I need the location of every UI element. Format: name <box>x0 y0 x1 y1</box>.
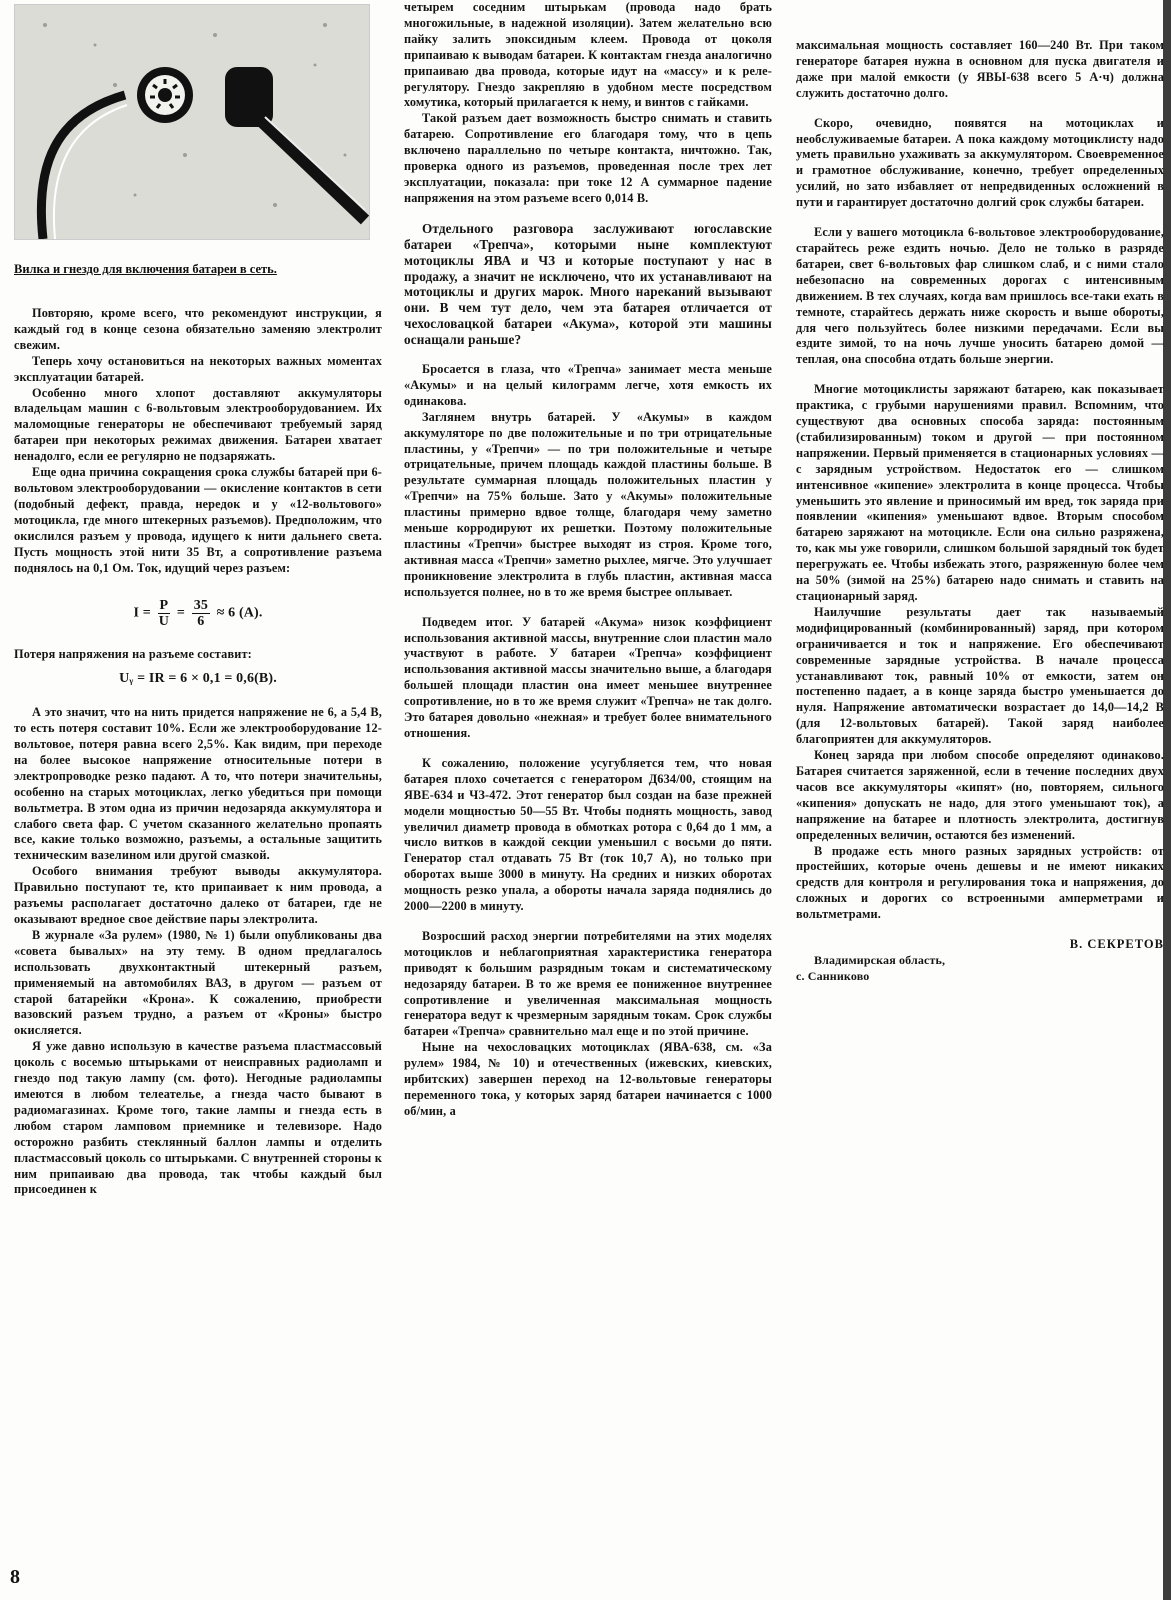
paragraph: Такой разъем дает возможность быстро сни… <box>404 111 772 206</box>
paragraph: Теперь хочу остановиться на некоторых ва… <box>14 354 382 386</box>
formula-label: Потеря напряжения на разъеме составит: <box>14 647 382 663</box>
page-number: 8 <box>10 1566 20 1589</box>
paragraph: А это значит, что на нить придется напря… <box>14 705 382 864</box>
paragraph: В продаже есть много разных зарядных уст… <box>796 844 1164 924</box>
paragraph: Скоро, очевидно, появятся на мотоциклах … <box>796 116 1164 211</box>
paragraph: Я уже давно использую в качестве разъема… <box>14 1039 382 1198</box>
author-signature: В. СЕКРЕТОВ <box>796 937 1164 953</box>
author-location-region: Владимирская область, <box>796 953 1164 969</box>
paragraph: Если у вашего мотоцикла 6-вольтовое элек… <box>796 225 1164 368</box>
formula-voltage-loss: Uᵧ = IR = 6 × 0,1 = 0,6(В). <box>14 671 382 687</box>
paragraph: Отдельного разговора заслуживают югослав… <box>404 221 772 348</box>
formula-lhs: I = <box>134 606 151 621</box>
paragraph: Ныне на чехословацких мотоциклах (ЯВА-63… <box>404 1040 772 1120</box>
plug-socket-photo-icon <box>15 5 369 239</box>
paragraph: Многие мотоциклисты заряжают батарею, ка… <box>796 382 1164 605</box>
paragraph: четырем соседним штырькам (провода надо … <box>404 0 772 111</box>
paragraph: Еще одна причина сокращения срока службы… <box>14 465 382 576</box>
paragraph: К сожалению, положение усугубляется тем,… <box>404 756 772 915</box>
fraction-35-6: 35 6 <box>192 598 210 629</box>
formula-rhs: ≈ 6 (A). <box>217 606 263 621</box>
paragraph: Особенно много хлопот доставляют аккумул… <box>14 386 382 466</box>
photo-caption: Вилка и гнездо для включения батареи в с… <box>14 262 368 277</box>
paragraph: Возросший расход энергии потребителями н… <box>404 929 772 1040</box>
paragraph: максимальная мощность составляет 160—240… <box>796 38 1164 102</box>
author-location-village: с. Санниково <box>796 969 1164 985</box>
paragraph: Бросается в глаза, что «Трепча» занимает… <box>404 362 772 410</box>
column-3: максимальная мощность составляет 160—240… <box>796 38 1164 985</box>
fraction-p-u: P U <box>158 598 171 629</box>
formula-current: I = P U = 35 6 ≈ 6 (A). <box>14 598 382 629</box>
scan-edge <box>1163 0 1171 1600</box>
paragraph: Повторяю, кроме всего, что рекомендуют и… <box>14 306 382 354</box>
paragraph: Особого внимания требуют выводы аккумуля… <box>14 864 382 928</box>
column-1: Повторяю, кроме всего, что рекомендуют и… <box>14 306 382 1198</box>
photo-plug-and-socket <box>14 4 370 240</box>
magazine-page: Вилка и гнездо для включения батареи в с… <box>0 0 1171 1600</box>
paragraph: В журнале «За рулем» (1980, № 1) были оп… <box>14 928 382 1039</box>
column-2: четырем соседним штырькам (провода надо … <box>404 0 772 1120</box>
paragraph: Конец заряда при любом способе определяю… <box>796 748 1164 843</box>
paragraph: Наилучшие результаты дает так называемый… <box>796 605 1164 748</box>
paragraph: Подведем итог. У батарей «Акума» низок к… <box>404 615 772 742</box>
paragraph: Заглянем внутрь батарей. У «Акумы» в каж… <box>404 410 772 601</box>
